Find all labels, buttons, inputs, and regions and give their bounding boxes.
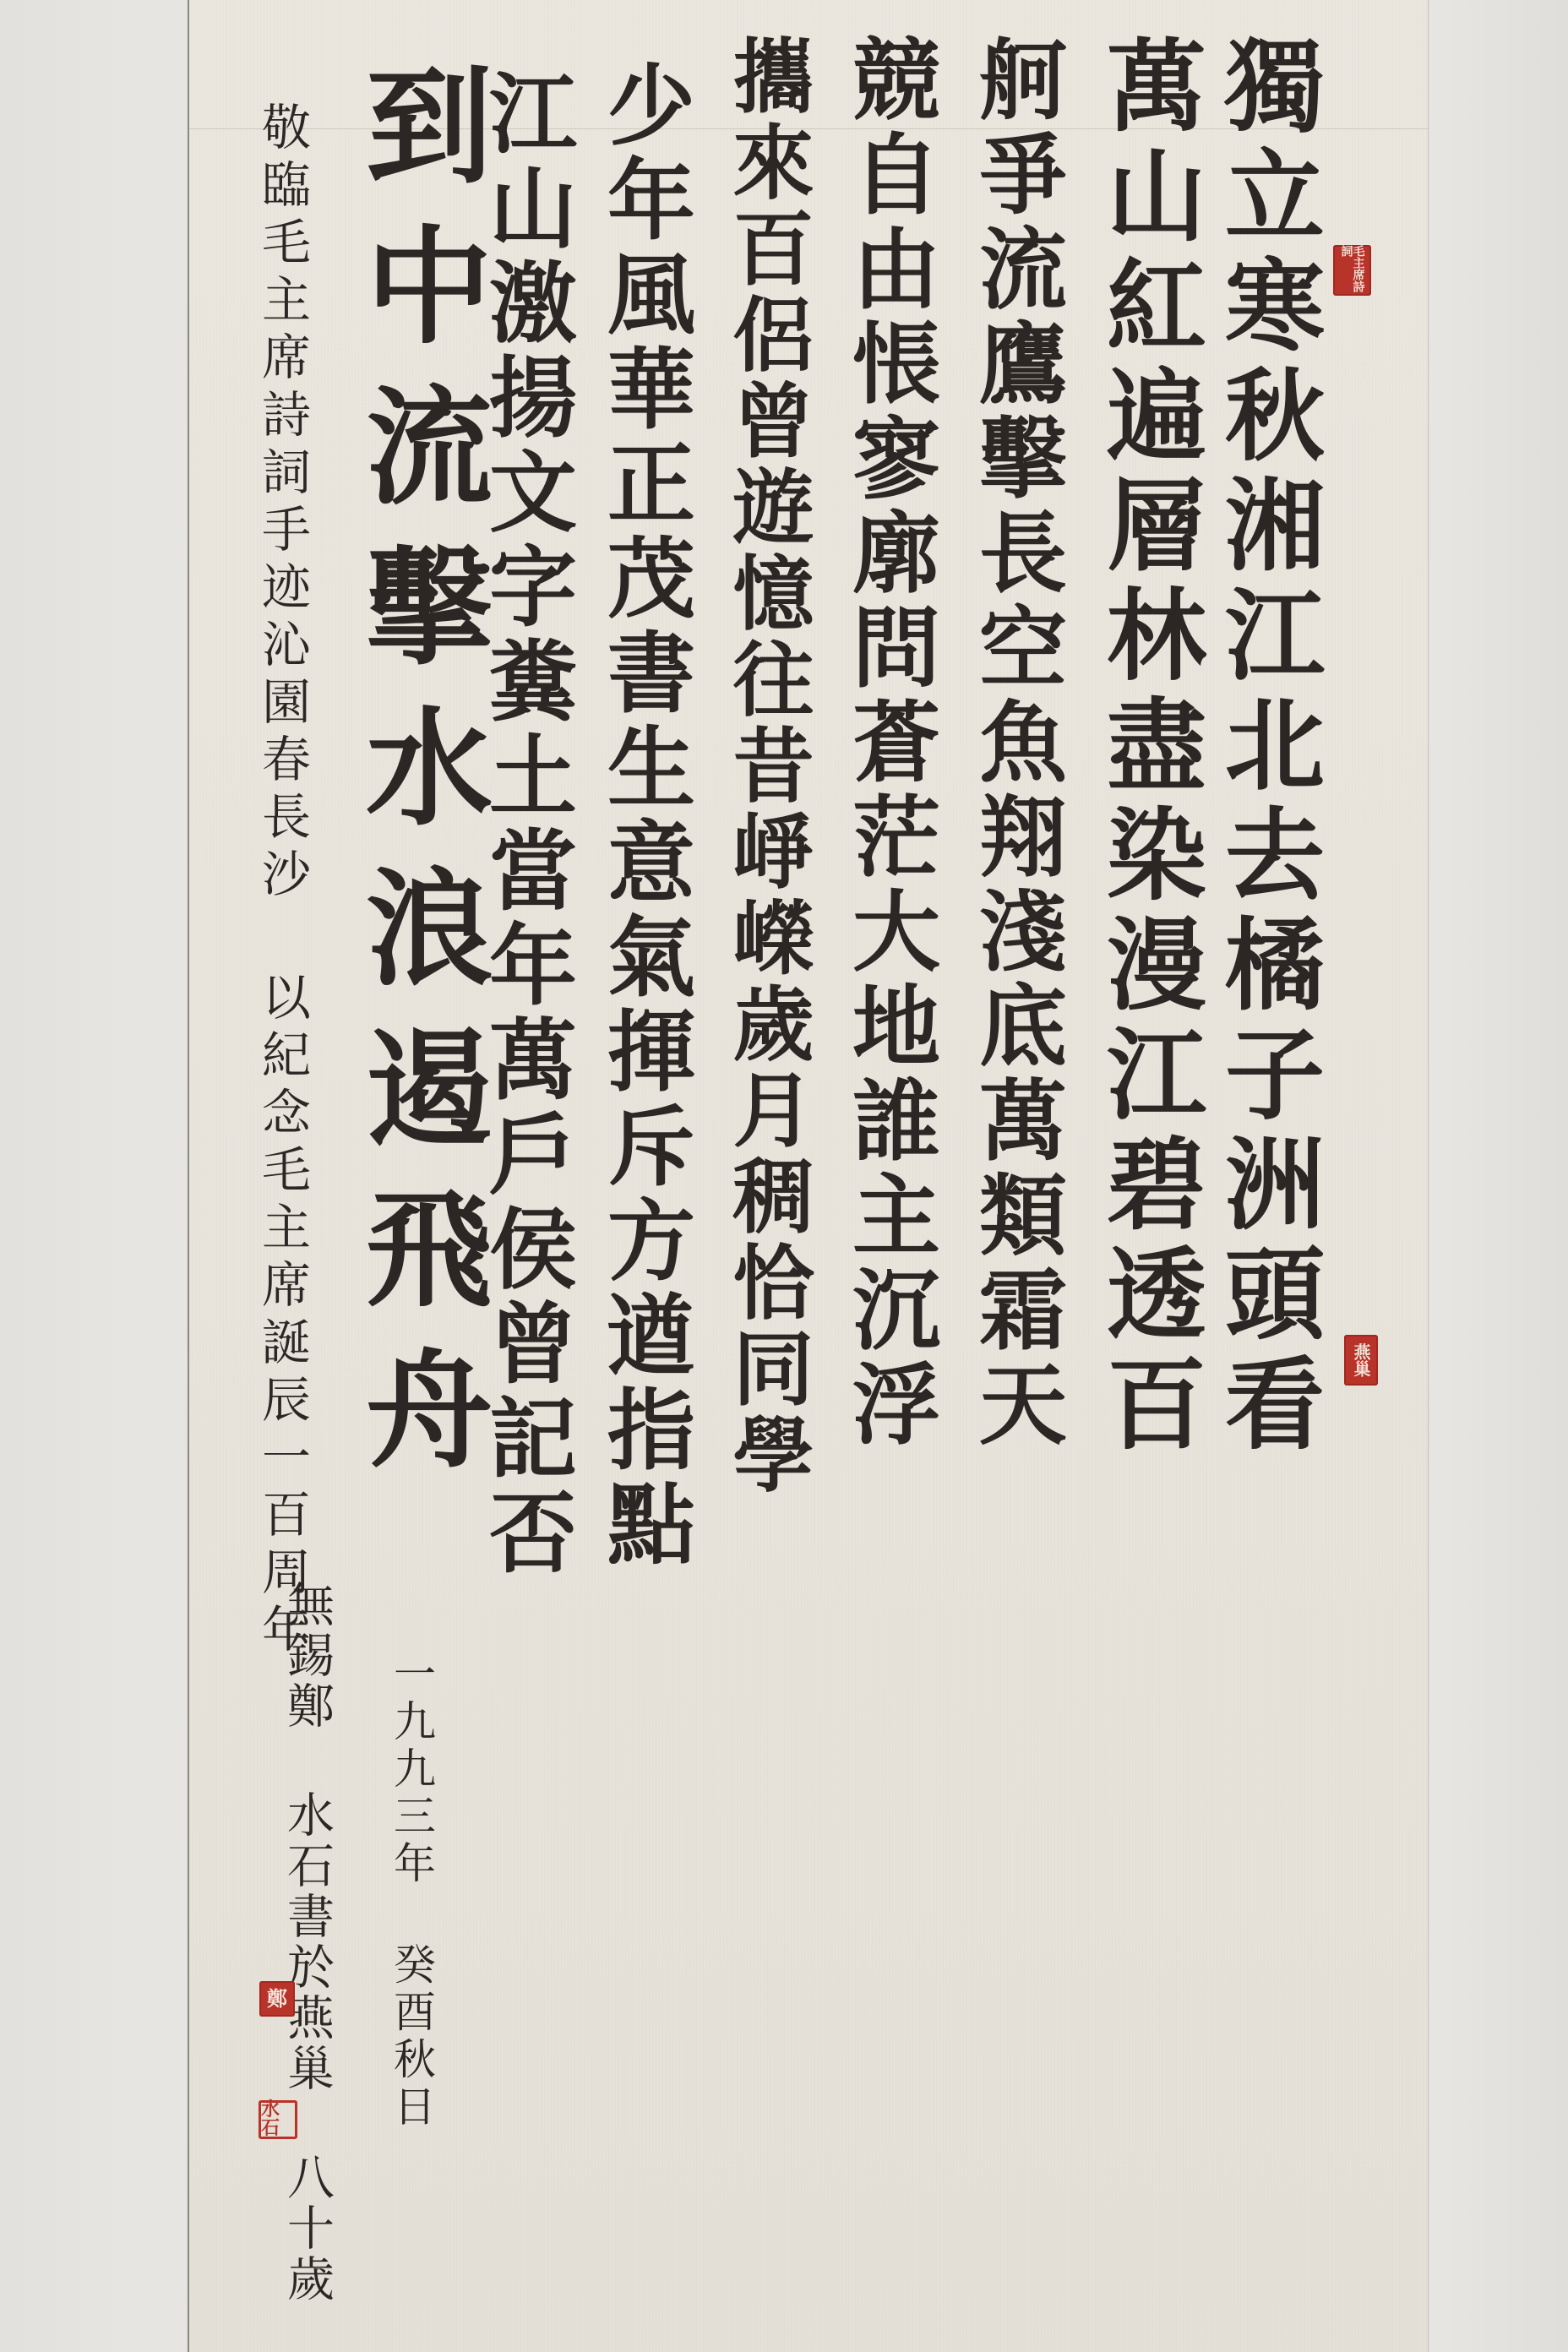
seal-text: 鄭 bbox=[267, 1989, 287, 2009]
inscription-date: 一九九三年 癸酉秋日 bbox=[390, 1652, 433, 2131]
inscription-dedication: 敬臨毛主席詩詞手迹沁園春長沙 以紀念毛主席誕辰一百周年 bbox=[258, 101, 307, 1661]
main-text-column-3: 舸爭流鷹擊長空魚翔淺底萬類霜天 bbox=[972, 34, 1059, 1453]
seal-text: 水石 bbox=[261, 2101, 295, 2138]
inscription-signature: 無錫鄭 水石書於燕巢 八十歲 bbox=[283, 1580, 330, 2305]
main-text-column-4: 競自由悵寥廓問蒼茫大地誰主沉浮 bbox=[845, 34, 933, 1453]
main-text-column-6: 少年風華正茂書生意氣揮斥方遒指點 bbox=[600, 59, 688, 1573]
seal-artist-surname: 鄭 bbox=[259, 1981, 295, 2017]
main-text-column-5: 攜來百侶曾遊憶往昔崢嶸歲月稠恰同學 bbox=[727, 34, 808, 1499]
seal-artist-name: 水石 bbox=[259, 2100, 297, 2139]
main-text-column-7: 江山激揚文字糞土當年萬戶侯曾記否 bbox=[482, 68, 569, 1582]
main-text-column-1: 獨立寒秋湘江北去橘子洲頭看 bbox=[1217, 34, 1316, 1462]
seal-text: 毛主席詩詞 bbox=[1341, 245, 1364, 296]
seal-text: 燕巢 bbox=[1353, 1343, 1369, 1377]
seal-yanchao: 燕巢 bbox=[1344, 1335, 1378, 1386]
main-text-column-8: 到中流擊水浪遏飛舟 bbox=[355, 59, 482, 1504]
main-text-column-2: 萬山紅遍層林盡染漫江碧透百 bbox=[1098, 34, 1198, 1462]
seal-mao-zhuxi-shici: 毛主席詩詞 bbox=[1333, 245, 1371, 296]
